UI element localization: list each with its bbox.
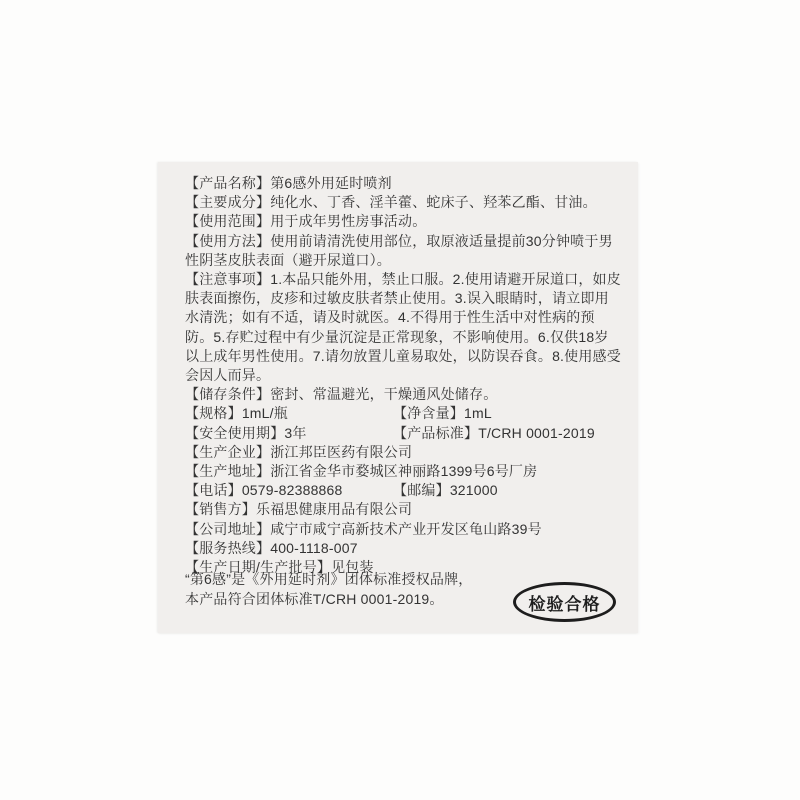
field-label: 【电话】: [185, 482, 242, 498]
field-label: 【使用范围】: [185, 213, 270, 229]
field-label: 【销售方】: [185, 501, 256, 517]
field-label: 【邮编】: [393, 482, 450, 498]
field-value: 用于成年男性房事活动。: [270, 213, 426, 229]
field-label: 【净含量】: [393, 405, 464, 421]
field-value: T/CRH 0001-2019: [478, 425, 595, 441]
stamp-text: 检验合格: [529, 590, 601, 615]
field-value: 321000: [450, 482, 498, 498]
field-value: 第6感外用延时喷剂: [270, 175, 392, 191]
field-label: 【安全使用期】: [185, 425, 284, 441]
field-row-spec-netcontent: 【规格】1mL/瓶【净含量】1mL: [185, 404, 621, 423]
field-value: 密封、常温避光，干燥通风处储存。: [270, 386, 497, 402]
field-label: 【储存条件】: [185, 386, 270, 402]
field-service-hotline: 【服务热线】400-1118-007: [185, 539, 621, 558]
field-ingredients: 【主要成分】纯化水、丁香、淫羊藿、蛇床子、羟苯乙酯、甘油。: [185, 193, 621, 212]
footer-line-1: “第6感”是《外用延时剂》团体标准授权品牌，: [185, 569, 525, 589]
field-product-name: 【产品名称】第6感外用延时喷剂: [185, 174, 621, 193]
field-seller: 【销售方】乐福思健康用品有限公司: [185, 500, 621, 519]
field-value: 0579-82388868: [242, 482, 343, 498]
footer-note: “第6感”是《外用延时剂》团体标准授权品牌， 本产品符合团体标准T/CRH 00…: [185, 569, 525, 609]
field-label: 【注意事项】: [185, 271, 270, 287]
field-storage: 【储存条件】密封、常温避光，干燥通风处储存。: [185, 385, 621, 404]
field-value: 1mL/瓶: [242, 405, 288, 421]
label-text-block: 【产品名称】第6感外用延时喷剂 【主要成分】纯化水、丁香、淫羊藿、蛇床子、羟苯乙…: [185, 174, 621, 577]
field-value: 3年: [284, 425, 306, 441]
field-label: 【服务热线】: [185, 540, 270, 556]
field-value: 浙江邦臣医药有限公司: [270, 444, 412, 460]
field-manufacturer: 【生产企业】浙江邦臣医药有限公司: [185, 443, 621, 462]
footer-line-2: 本产品符合团体标准T/CRH 0001-2019。: [185, 589, 525, 609]
field-company-address: 【公司地址】咸宁市咸宁高新技术产业开发区龟山路39号: [185, 520, 621, 539]
field-value: 1mL: [464, 405, 492, 421]
field-value: 纯化水、丁香、淫羊藿、蛇床子、羟苯乙酯、甘油。: [270, 194, 597, 210]
field-label: 【规格】: [185, 405, 242, 421]
field-postcode: 【邮编】321000: [393, 481, 498, 500]
field-phone: 【电话】0579-82388868: [185, 481, 393, 500]
field-net-content: 【净含量】1mL: [393, 404, 492, 423]
field-safe-use-period: 【安全使用期】3年: [185, 424, 393, 443]
field-value: 乐福思健康用品有限公司: [256, 501, 412, 517]
field-value: 浙江省金华市婺城区神丽路1399号6号厂房: [270, 463, 537, 479]
field-label: 【产品标准】: [393, 425, 478, 441]
field-label: 【主要成分】: [185, 194, 270, 210]
field-value: 400-1118-007: [270, 540, 358, 556]
field-label: 【生产地址】: [185, 463, 270, 479]
inspection-passed-stamp: 检验合格: [513, 582, 616, 622]
field-label: 【公司地址】: [185, 521, 270, 537]
field-value: 咸宁市咸宁高新技术产业开发区龟山路39号: [270, 521, 542, 537]
field-production-address: 【生产地址】浙江省金华市婺城区神丽路1399号6号厂房: [185, 462, 621, 481]
field-product-standard: 【产品标准】T/CRH 0001-2019: [393, 424, 595, 443]
field-usage-scope: 【使用范围】用于成年男性房事活动。: [185, 212, 621, 231]
field-usage-method: 【使用方法】使用前请清洗使用部位，取原液适量提前30分钟喷于男性阴茎皮肤表面（避…: [185, 232, 621, 270]
field-label: 【生产企业】: [185, 444, 270, 460]
field-precautions: 【注意事项】1.本品只能外用，禁止口服。2.使用请避开尿道口，如皮肤表面擦伤，皮…: [185, 270, 621, 385]
product-label-card: 【产品名称】第6感外用延时喷剂 【主要成分】纯化水、丁香、淫羊藿、蛇床子、羟苯乙…: [158, 162, 638, 633]
field-row-period-standard: 【安全使用期】3年【产品标准】T/CRH 0001-2019: [185, 424, 621, 443]
field-row-phone-postcode: 【电话】0579-82388868【邮编】321000: [185, 481, 621, 500]
field-spec: 【规格】1mL/瓶: [185, 404, 393, 423]
field-label: 【产品名称】: [185, 175, 270, 191]
page-background: 【产品名称】第6感外用延时喷剂 【主要成分】纯化水、丁香、淫羊藿、蛇床子、羟苯乙…: [0, 0, 800, 800]
field-value: 1.本品只能外用，禁止口服。2.使用请避开尿道口，如皮肤表面擦伤，皮疹和过敏皮肤…: [185, 271, 621, 383]
field-label: 【使用方法】: [185, 233, 270, 249]
